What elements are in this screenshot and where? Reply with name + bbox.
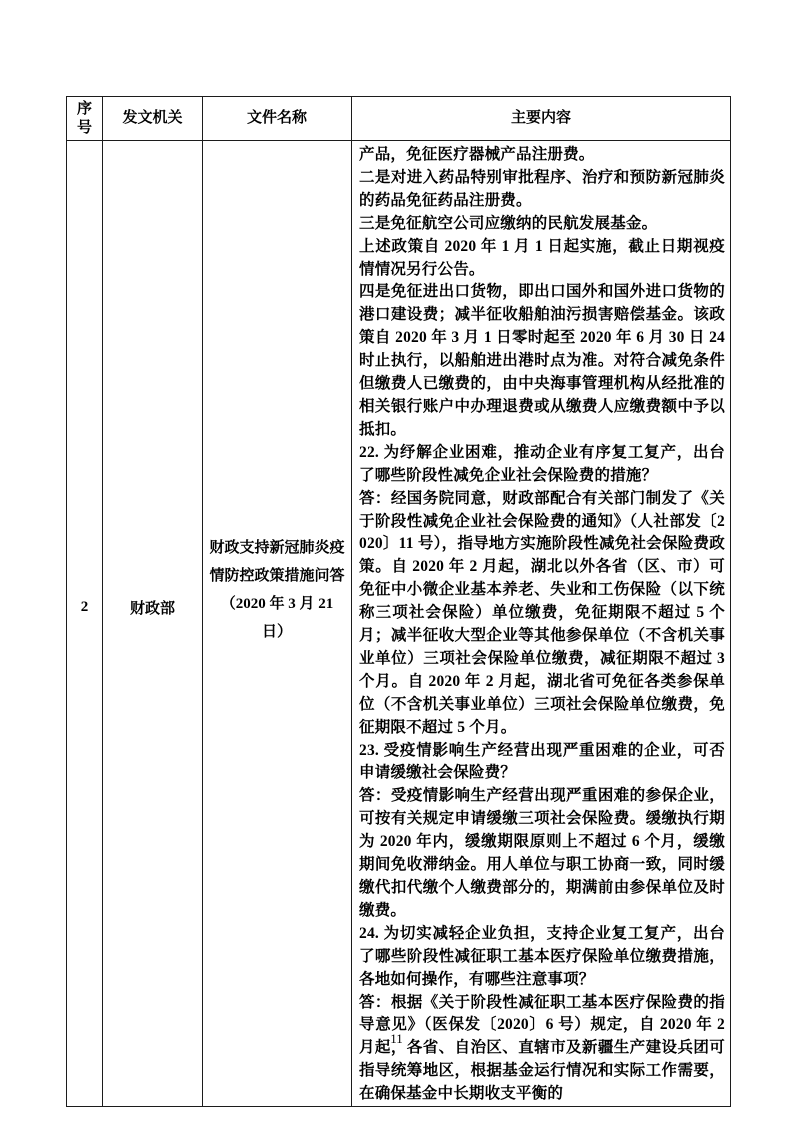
row-index: 2 (67, 599, 102, 616)
header-document-name: 文件名称 (203, 97, 352, 141)
content-paragraph: 三是免征航空公司应缴纳的民航发展基金。 (359, 213, 725, 236)
table-row: 2 财政部 财政支持新冠肺炎疫情防控政策措施问答（2020 年 3 月 21 日… (67, 141, 731, 1107)
page-number: 11 (0, 1031, 793, 1047)
agency-cell: 财政部 (103, 141, 203, 1107)
main-content-cell: 产品，免征医疗器械产品注册费。二是对进入药品特别审批程序、治疗和预防新冠肺炎的药… (352, 141, 731, 1107)
row-index-cell: 2 (67, 141, 103, 1107)
content-paragraph: 产品，免征医疗器械产品注册费。 (359, 144, 725, 167)
content-paragraph: 23. 受疫情影响生产经营出现严重困难的企业，可否申请缓缴社会保险费？ (359, 740, 725, 786)
document-page: 序号 发文机关 文件名称 主要内容 2 财政部 财政支持新冠肺炎疫情防控政策措施… (0, 0, 793, 1122)
main-content-text: 产品，免征医疗器械产品注册费。二是对进入药品特别审批程序、治疗和预防新冠肺炎的药… (359, 144, 725, 1106)
policy-table: 序号 发文机关 文件名称 主要内容 2 财政部 财政支持新冠肺炎疫情防控政策措施… (66, 96, 731, 1107)
table-header-row: 序号 发文机关 文件名称 主要内容 (67, 97, 731, 141)
content-paragraph: 四是免征进出口货物，即出口国外和国外进口货物的港口建设费；减半征收船舶油污损害赔… (359, 281, 725, 441)
content-paragraph: 二是对进入药品特别审批程序、治疗和预防新冠肺炎的药品免征药品注册费。 (359, 167, 725, 213)
content-paragraph: 22. 为纾解企业困难，推动企业有序复工复产，出台了哪些阶段性减免企业社会保险费… (359, 442, 725, 488)
content-paragraph: 答：根据《关于阶段性减征职工基本医疗保险费的指导意见》（医保发〔2020〕6 号… (359, 992, 725, 1107)
content-paragraph: 答：受疫情影响生产经营出现严重困难的参保企业，可按有关规定申请缓缴三项社会保险费… (359, 785, 725, 922)
document-title: 财政支持新冠肺炎疫情防控政策措施问答（2020 年 3 月 21 日） (203, 534, 351, 646)
content-paragraph: 上述政策自 2020 年 1 月 1 日起实施，截止日期视疫情情况另行公告。 (359, 236, 725, 282)
header-seq: 序号 (67, 97, 103, 141)
header-main-content: 主要内容 (352, 97, 731, 141)
header-agency: 发文机关 (103, 97, 203, 141)
agency-name: 财政部 (103, 597, 202, 618)
content-paragraph: 24. 为切实减轻企业负担，支持企业复工复产，出台了哪些阶段性减征职工基本医疗保… (359, 923, 725, 992)
document-title-cell: 财政支持新冠肺炎疫情防控政策措施问答（2020 年 3 月 21 日） (203, 141, 352, 1107)
content-paragraph: 答：经国务院同意，财政部配合有关部门制发了《关于阶段性减免企业社会保险费的通知》… (359, 488, 725, 740)
